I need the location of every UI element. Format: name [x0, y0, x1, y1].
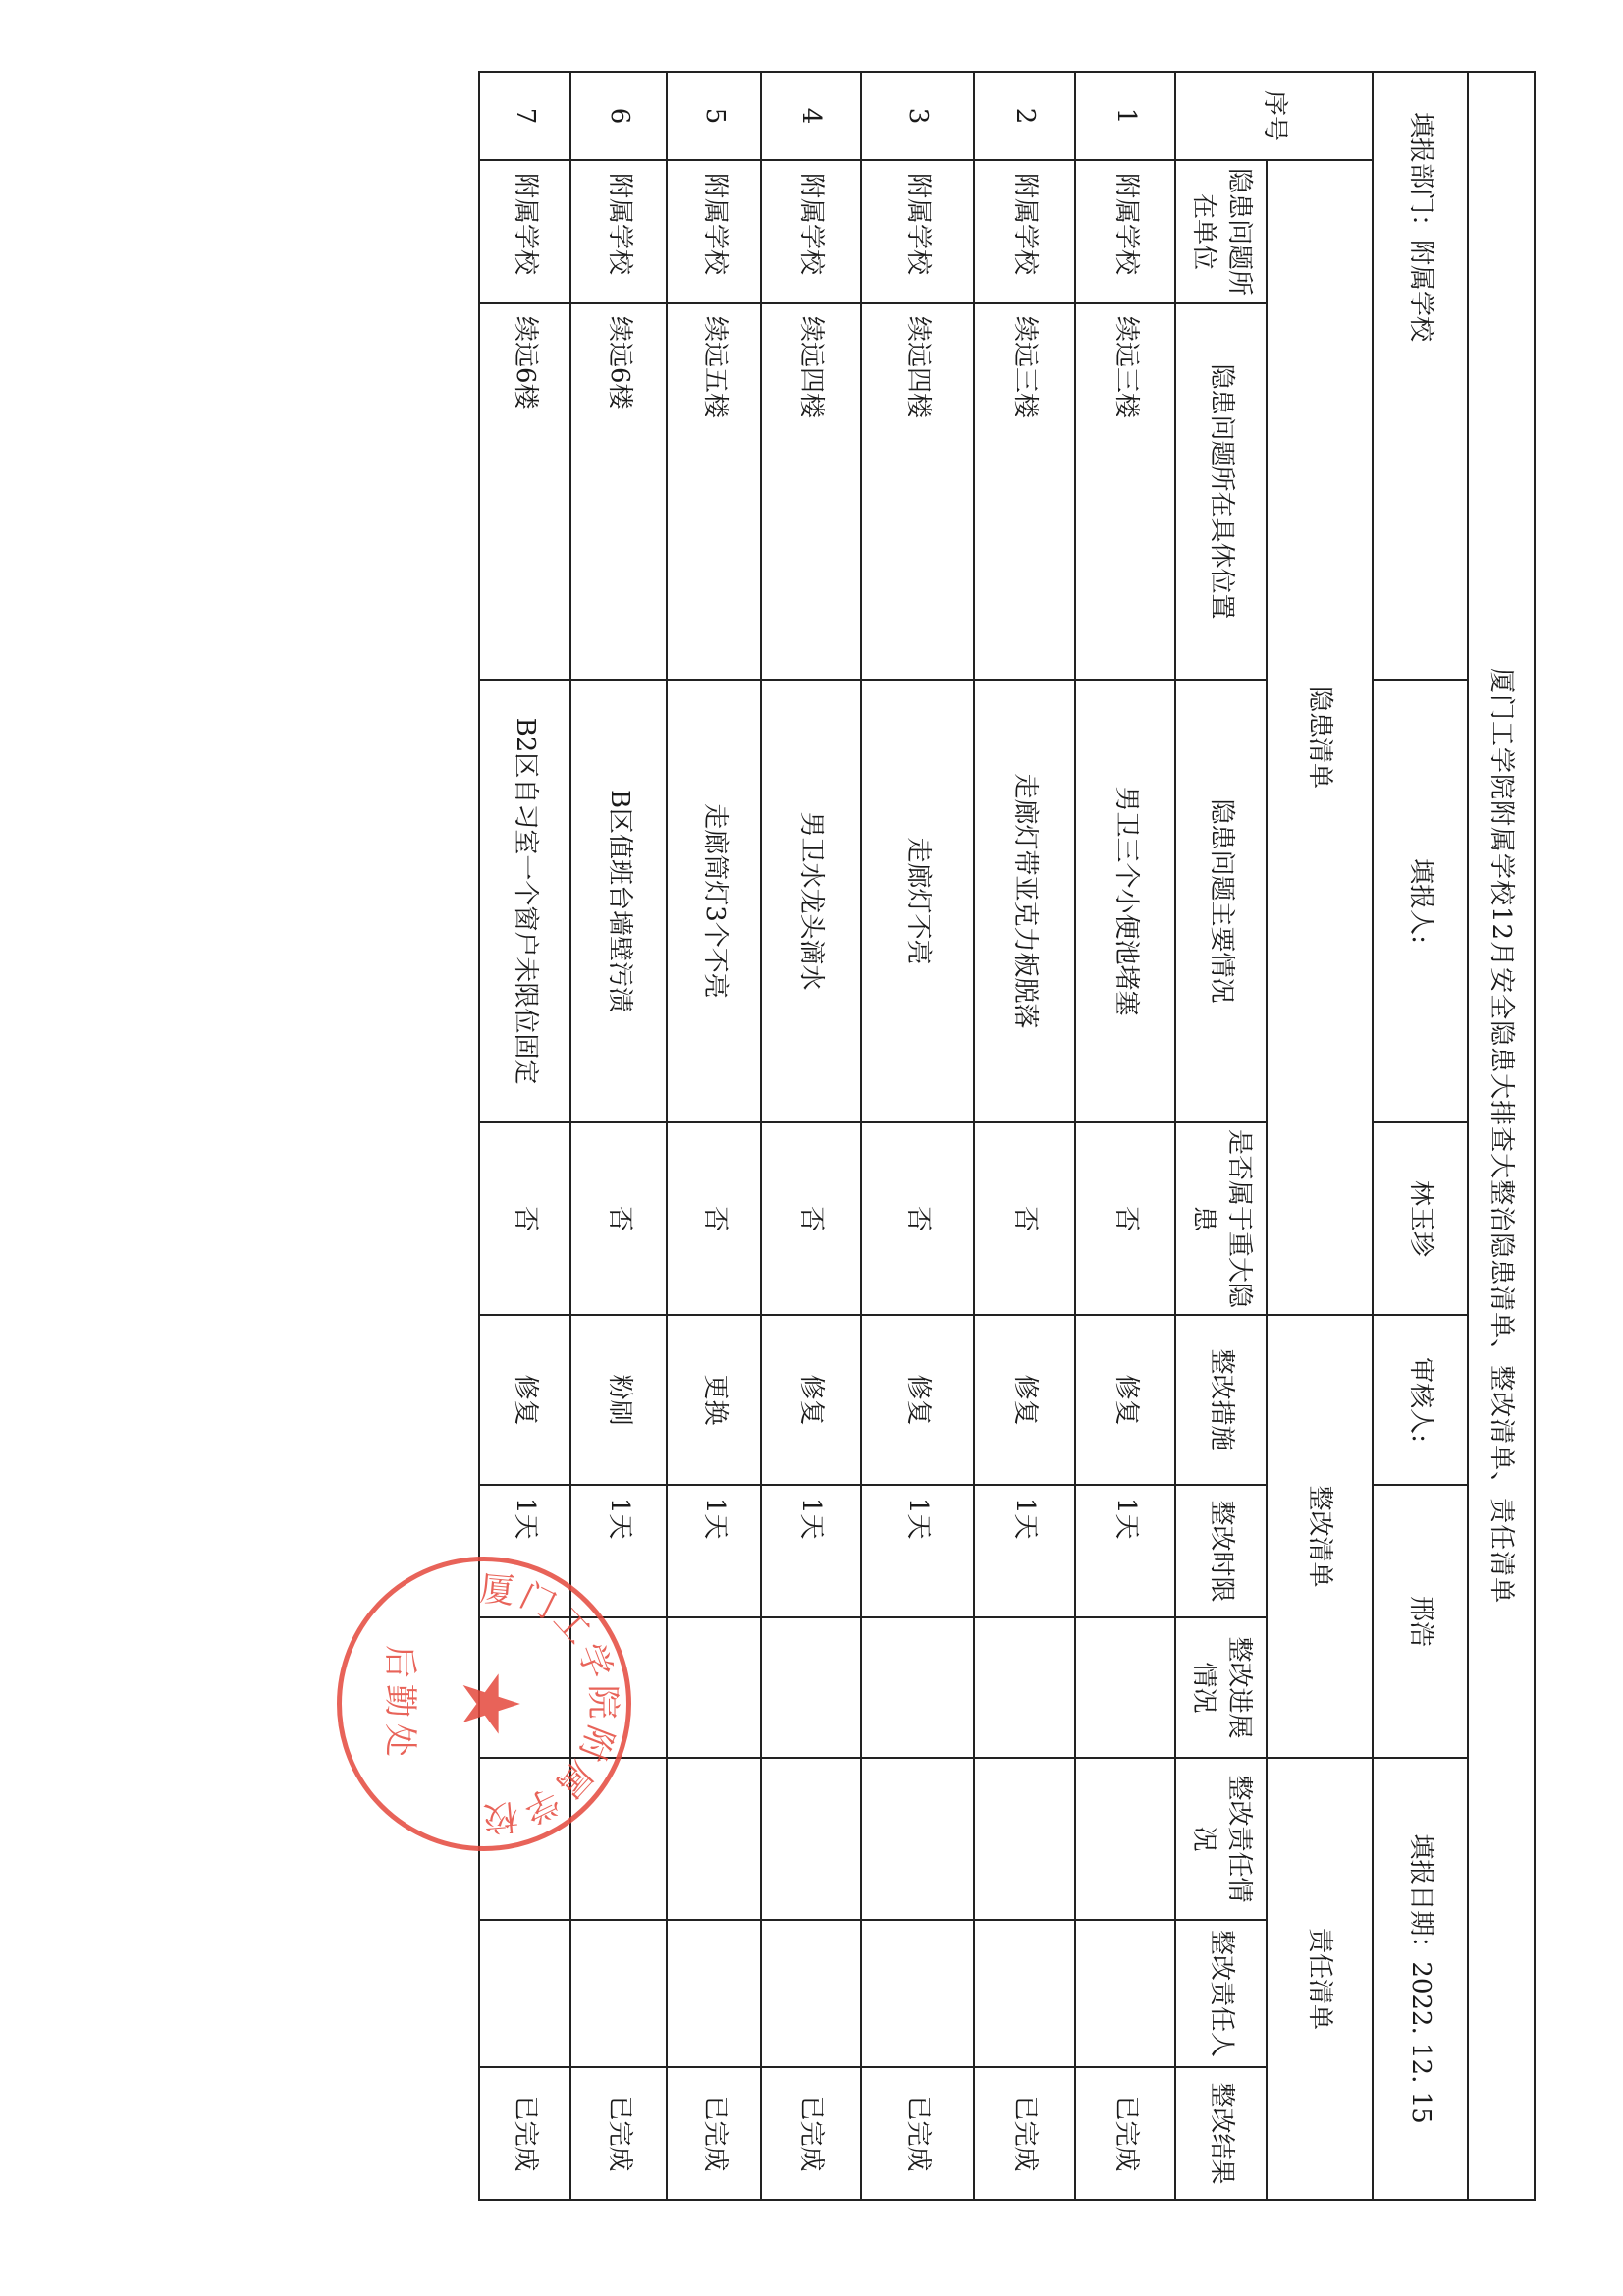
table-row: 7附属学校续远6楼B2区自习室一个窗户未限位固定否修复1天已完成	[479, 72, 570, 2200]
reporter-name: 林玉珍	[1373, 1122, 1468, 1315]
cell-unit: 附属学校	[861, 160, 974, 303]
cell-is-major: 否	[479, 1122, 570, 1315]
col-header-index: 序号	[1175, 72, 1372, 160]
group-header-hazard-list: 隐患清单	[1267, 160, 1373, 1315]
col-header-responsibility: 整改责任情况	[1175, 1758, 1266, 1920]
col-header-measure: 整改措施	[1175, 1315, 1266, 1485]
cell-index: 6	[570, 72, 667, 160]
cell-index: 7	[479, 72, 570, 160]
group-header-rectification-list: 整改清单	[1267, 1315, 1373, 1758]
seal-department: 后勤处	[379, 1561, 427, 1846]
cell-unit: 附属学校	[570, 160, 667, 303]
cell-responsibility	[1075, 1758, 1175, 1920]
cell-description: B2区自习室一个窗户未限位固定	[479, 680, 570, 1122]
cell-unit: 附属学校	[761, 160, 861, 303]
col-header-is-major: 是否属于重大隐患	[1175, 1122, 1266, 1315]
cell-responsible-person	[861, 1920, 974, 2067]
cell-location: 续远6楼	[479, 303, 570, 680]
cell-location: 续远五楼	[667, 303, 760, 680]
cell-result: 已完成	[479, 2067, 570, 2200]
cell-deadline: 1天	[667, 1485, 760, 1617]
cell-deadline: 1天	[861, 1485, 974, 1617]
cell-is-major: 否	[667, 1122, 760, 1315]
cell-progress	[1075, 1617, 1175, 1758]
cell-measure: 修复	[1075, 1315, 1175, 1485]
cell-responsible-person	[479, 1920, 570, 2067]
cell-result: 已完成	[667, 2067, 760, 2200]
cell-unit: 附属学校	[974, 160, 1075, 303]
table-row: 6附属学校续远6楼B区值班台墙壁污渍否粉刷1天已完成	[570, 72, 667, 2200]
table-row: 2附属学校续远三楼走廊灯带亚克力板脱落否修复1天已完成	[974, 72, 1075, 2200]
col-header-description: 隐患问题主要情况	[1175, 680, 1266, 1122]
cell-location: 续远四楼	[761, 303, 861, 680]
cell-responsible-person	[974, 1920, 1075, 2067]
table-row: 1附属学校续远三楼男卫三个小便池堵塞否修复1天已完成	[1075, 72, 1175, 2200]
cell-responsibility	[861, 1758, 974, 1920]
reviewer-label: 审核人:	[1373, 1315, 1468, 1485]
cell-responsible-person	[761, 1920, 861, 2067]
cell-description: 男卫水龙头滴水	[761, 680, 861, 1122]
cell-is-major: 否	[761, 1122, 861, 1315]
cell-location: 续远三楼	[1075, 303, 1175, 680]
cell-deadline: 1天	[761, 1485, 861, 1617]
cell-unit: 附属学校	[1075, 160, 1175, 303]
cell-result: 已完成	[974, 2067, 1075, 2200]
cell-deadline: 1天	[1075, 1485, 1175, 1617]
cell-index: 1	[1075, 72, 1175, 160]
cell-measure: 修复	[479, 1315, 570, 1485]
cell-location: 续远6楼	[570, 303, 667, 680]
table-row: 3附属学校续远四楼走廊灯不亮否修复1天已完成	[861, 72, 974, 2200]
col-header-deadline: 整改时限	[1175, 1485, 1266, 1617]
cell-responsible-person	[667, 1920, 760, 2067]
cell-progress	[974, 1617, 1075, 1758]
cell-result: 已完成	[1075, 2067, 1175, 2200]
cell-description: B区值班台墙壁污渍	[570, 680, 667, 1122]
cell-progress	[667, 1617, 760, 1758]
cell-result: 已完成	[861, 2067, 974, 2200]
cell-result: 已完成	[761, 2067, 861, 2200]
cell-index: 5	[667, 72, 760, 160]
report-date: 填报日期：2022. 12. 15	[1373, 1758, 1468, 2200]
cell-responsibility	[974, 1758, 1075, 1920]
col-header-location: 隐患问题所在具体位置	[1175, 303, 1266, 680]
cell-measure: 粉刷	[570, 1315, 667, 1485]
cell-description: 男卫三个小便池堵塞	[1075, 680, 1175, 1122]
cell-description: 走廊筒灯3个不亮	[667, 680, 760, 1122]
hazard-rectification-table: 厦门工学院附属学校12月安全隐患大排查大整治隐患清单、整改清单、责任清单 填报部…	[478, 71, 1536, 2201]
document-title: 厦门工学院附属学校12月安全隐患大排查大整治隐患清单、整改清单、责任清单	[1468, 72, 1535, 2200]
cell-measure: 更换	[667, 1315, 760, 1485]
cell-index: 3	[861, 72, 974, 160]
cell-responsible-person	[570, 1920, 667, 2067]
cell-description: 走廊灯不亮	[861, 680, 974, 1122]
cell-unit: 附属学校	[479, 160, 570, 303]
col-header-progress: 整改进展情况	[1175, 1617, 1266, 1758]
table-row: 4附属学校续远四楼男卫水龙头滴水否修复1天已完成	[761, 72, 861, 2200]
cell-description: 走廊灯带亚克力板脱落	[974, 680, 1075, 1122]
group-header-responsibility-list: 责任清单	[1267, 1758, 1373, 2200]
reviewer-name: 邢浩	[1373, 1485, 1468, 1758]
reporter-label: 填报人:	[1373, 680, 1468, 1122]
cell-index: 2	[974, 72, 1075, 160]
col-header-unit: 隐患问题所在单位	[1175, 160, 1266, 303]
cell-responsible-person	[1075, 1920, 1175, 2067]
cell-deadline: 1天	[974, 1485, 1075, 1617]
cell-is-major: 否	[1075, 1122, 1175, 1315]
cell-location: 续远四楼	[861, 303, 974, 680]
cell-index: 4	[761, 72, 861, 160]
cell-measure: 修复	[761, 1315, 861, 1485]
official-seal: 厦门工学院附属学校 ★ 后勤处	[337, 1557, 631, 1851]
cell-responsibility	[761, 1758, 861, 1920]
table-body: 1附属学校续远三楼男卫三个小便池堵塞否修复1天已完成2附属学校续远三楼走廊灯带亚…	[479, 72, 1175, 2200]
col-header-responsible-person: 整改责任人	[1175, 1920, 1266, 2067]
cell-progress	[861, 1617, 974, 1758]
table-row: 5附属学校续远五楼走廊筒灯3个不亮否更换1天已完成	[667, 72, 760, 2200]
cell-is-major: 否	[570, 1122, 667, 1315]
cell-responsibility	[667, 1758, 760, 1920]
cell-result: 已完成	[570, 2067, 667, 2200]
cell-progress	[761, 1617, 861, 1758]
cell-is-major: 否	[861, 1122, 974, 1315]
cell-unit: 附属学校	[667, 160, 760, 303]
department-label: 填报部门：附属学校	[1373, 72, 1468, 680]
star-icon: ★	[451, 1668, 529, 1739]
cell-measure: 修复	[974, 1315, 1075, 1485]
cell-is-major: 否	[974, 1122, 1075, 1315]
cell-measure: 修复	[861, 1315, 974, 1485]
cell-location: 续远三楼	[974, 303, 1075, 680]
rotated-document-sheet: 厦门工学院附属学校12月安全隐患大排查大整治隐患清单、整改清单、责任清单 填报部…	[478, 71, 1536, 2199]
col-header-result: 整改结果	[1175, 2067, 1266, 2200]
